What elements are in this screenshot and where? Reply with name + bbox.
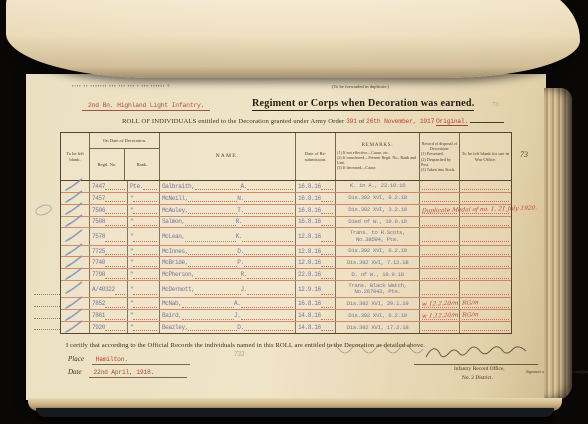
check-mark xyxy=(64,228,84,242)
table-row: 7508 " Salmon, R. 16.8.16 Died of W., 19… xyxy=(61,217,511,229)
original-label: Original. xyxy=(436,118,468,126)
table-rows: 7447 Pte. Galbraith, A. 16.8.16 K. in A.… xyxy=(61,181,511,333)
check-mark xyxy=(64,281,84,295)
table-row: 7578 " McLean, K. 12.8.16 Trans. to R.Sc… xyxy=(61,228,511,245)
date-cell: 16.8.16 xyxy=(295,217,335,228)
place-line: Place Hamilton. xyxy=(68,355,190,365)
name-cell: McNeill, N. xyxy=(159,193,295,204)
signature-rule xyxy=(414,364,538,365)
rank-cell: " xyxy=(127,205,159,216)
war-office-cell xyxy=(459,257,511,268)
place-typed-value: Hamilton. xyxy=(92,356,190,365)
disposal-cell xyxy=(419,246,459,257)
check-mark xyxy=(64,214,84,228)
rank-cell: " xyxy=(127,269,159,280)
regtl-no-cell: 7457 xyxy=(89,193,127,204)
col-header-name: NAME. xyxy=(159,133,295,180)
war-office-cell xyxy=(459,269,511,280)
photo-background: ▪▪▪▪ ▪▪ ▪▪▪▪▪▪▪ ▪▪▪ ▪▪▪ ▪▪▪ ▪ ▪▪▪ ▪▪▪▪▪▪… xyxy=(0,0,588,424)
unit-typed-entry: 2nd Bn. Highland Light Infantry. xyxy=(82,102,210,111)
check-mark xyxy=(64,267,84,281)
regtl-no-cell: 7852 xyxy=(89,298,127,309)
disposal-cell: Duplicate Medal of no. 1, 21 July 1920. xyxy=(419,205,459,216)
regtl-no-cell: 7578 xyxy=(89,228,127,244)
col-header-rank: Rank. xyxy=(124,149,159,180)
remarks-cell: Dis.392 XVI, 17.2.18 xyxy=(335,322,419,333)
name-cell: McLean, K. xyxy=(159,228,295,244)
duplicate-instruction: (To be forwarded in duplicate.) xyxy=(332,84,389,89)
table-row: 7506 " McAuley, T. 16.8.16 Dis.392 XVI, … xyxy=(61,205,511,217)
record-office-district: No. 2 District. xyxy=(462,375,493,381)
date-line: Date 22nd April, 1918. xyxy=(68,368,187,378)
col-header-blank-right: To be left blank for use in War Office. xyxy=(459,133,511,180)
date-cell: 16.8.16 xyxy=(295,193,335,204)
name-cell: McNab, A. xyxy=(159,298,295,309)
regtl-no-cell: 7798 xyxy=(89,269,127,280)
remarks-cell: Dis.392 XVI, 29.1.19 xyxy=(335,298,419,309)
war-office-cell xyxy=(459,322,511,333)
record-office-line: Infantry Record Office, xyxy=(454,366,505,372)
remarks-cell: D. of W., 19.9.18 xyxy=(335,269,419,280)
disposal-cell: w 12.2.20/m. RG/m xyxy=(419,298,459,309)
date-cell: 16.8.16 xyxy=(295,298,335,309)
rank-cell: " xyxy=(127,322,159,333)
col-group-on-date: On Date of Decoration. Regtl. No. Rank. xyxy=(89,133,159,180)
date-cell: 14.8.16 xyxy=(295,310,335,321)
ruled-line xyxy=(470,122,504,123)
name-cell: McDermott, J. xyxy=(159,281,295,297)
date-cell: 16.8.16 xyxy=(295,181,335,192)
table-row: 7725 " McInnes, D. 12.8.16 Dis.392 XVI, … xyxy=(61,246,511,258)
regtl-no-cell: 7508 xyxy=(89,217,127,228)
name-cell: Galbraith, A. xyxy=(159,181,295,192)
place-label: Place xyxy=(68,355,84,363)
of-word: of xyxy=(359,118,365,125)
date-cell: 12.9.16 xyxy=(295,281,335,297)
book-page-edges-right xyxy=(544,88,572,400)
curled-pages xyxy=(6,0,580,78)
roll-page: ▪▪▪▪ ▪▪ ▪▪▪▪▪▪▪ ▪▪▪ ▪▪▪ ▪▪▪ ▪ ▪▪▪ ▪▪▪▪▪▪… xyxy=(26,74,546,400)
roll-heading-text: ROLL OF INDIVIDUALS entitled to the Deco… xyxy=(122,118,344,125)
margin-dotted-line xyxy=(34,294,60,295)
disposal-cell xyxy=(419,322,459,333)
name-cell: Beazley, D. xyxy=(159,322,295,333)
table-row: 7852 " McNab, A. 16.8.16 Dis.392 XVI, 29… xyxy=(61,298,511,310)
check-cell xyxy=(61,217,89,228)
remarks-cell: Died of W., 19.9.16 xyxy=(335,217,419,228)
rank-cell: " xyxy=(127,217,159,228)
table-row: 7457 " McNeill, N. 16.8.16 Dis.392 XVI, … xyxy=(61,193,511,205)
check-mark xyxy=(64,319,84,333)
page-number: 73 xyxy=(520,150,528,159)
disposal-cell xyxy=(419,217,459,228)
disposal-cell xyxy=(419,181,459,192)
regtl-no-cell: 7725 xyxy=(89,246,127,257)
war-office-cell xyxy=(459,246,511,257)
remarks-cell: Dis.392 XVI, 9.2.18 xyxy=(335,193,419,204)
army-order-date: 26th November, 1917 xyxy=(366,118,434,125)
col-header-remarks: REMARKS. (1) If not effective—Cause, etc… xyxy=(335,133,419,180)
rank-cell: " xyxy=(127,310,159,321)
name-cell: Salmon, R. xyxy=(159,217,295,228)
table-row: 7447 Pte. Galbraith, A. 16.8.16 K. in A.… xyxy=(61,181,511,193)
regtl-no-cell: 7920 xyxy=(89,322,127,333)
table-row: A/40322 " McDermott, J. 12.9.16 Trans. B… xyxy=(61,281,511,298)
war-office-cell xyxy=(459,193,511,204)
remarks-cell: Dis.392 XVI, 6.2.18 xyxy=(335,246,419,257)
decoration-roll-table: To be left blank. On Date of Decoration.… xyxy=(60,132,512,334)
pencil-folio-number: 733 xyxy=(234,350,245,358)
date-cell: 12.8.16 xyxy=(295,246,335,257)
page-title: Regiment or Corps when Decoration was ea… xyxy=(252,98,474,111)
name-cell: McBride, P. xyxy=(159,257,295,268)
regtl-no-cell: 7447 xyxy=(89,181,127,192)
remarks-cell: Trans. to R.Scots, No.38594, Pte. xyxy=(335,228,419,244)
disposal-cell: w 1.12.20/m. RG/m xyxy=(419,310,459,321)
rank-cell: Pte. xyxy=(127,181,159,192)
rank-cell: " xyxy=(127,246,159,257)
regtl-no-cell: 7506 xyxy=(89,205,127,216)
pencil-title-note: 73. xyxy=(492,101,500,108)
col-group-title: On Date of Decoration. xyxy=(90,133,159,149)
remarks-cell: Dis.392 XVI, 3.2.18 xyxy=(335,205,419,216)
table-row: 7920 " Beazley, D. 14.8.16 Dis.392 XVI, … xyxy=(61,322,511,333)
date-cell: 12.8.16 xyxy=(295,257,335,268)
name-cell: McPherson, R. xyxy=(159,269,295,280)
war-office-cell xyxy=(459,228,511,244)
book-cover xyxy=(36,408,554,417)
rank-cell: " xyxy=(127,298,159,309)
remarks-cell: Trans. Black Watch, No.267043, Pte. xyxy=(335,281,419,297)
disposal-cell xyxy=(419,228,459,244)
date-cell: 16.8.16 xyxy=(295,205,335,216)
army-order-number: 391 xyxy=(346,118,357,125)
rank-cell: " xyxy=(127,257,159,268)
col-header-disposal: Record of disposal of Decoration: (1) Pr… xyxy=(419,133,459,180)
table-row: 7798 " McPherson, R. 22.8.16 D. of W., 1… xyxy=(61,269,511,281)
check-cell xyxy=(61,322,89,333)
margin-dotted-line xyxy=(34,329,60,330)
rank-cell: " xyxy=(127,228,159,244)
disposal-cell xyxy=(419,257,459,268)
certifying-signature xyxy=(422,344,538,364)
margin-dotted-line xyxy=(34,318,60,319)
date-label: Date xyxy=(68,368,82,376)
col-header-blank-left: To be left blank. xyxy=(61,133,89,180)
margin-dotted-line xyxy=(34,306,60,307)
col-header-date: Date of Re-submission. xyxy=(295,133,335,180)
date-cell: 14.8.16 xyxy=(295,322,335,333)
rank-cell: " xyxy=(127,193,159,204)
date-typed-value: 22nd April, 1918. xyxy=(89,369,187,378)
pencil-mark xyxy=(34,203,53,218)
remarks-cell: K. in A., 23.10.16 xyxy=(335,181,419,192)
disposal-cell xyxy=(419,281,459,297)
col-header-regtl-no: Regtl. No. xyxy=(90,149,124,180)
remarks-cell: Dis.392 XVI, 7.12.18 xyxy=(335,257,419,268)
war-office-cell xyxy=(459,217,511,228)
table-row: 7861 " Baird, J. 14.8.16 Dis.392 XVI, 6.… xyxy=(61,310,511,322)
rank-cell: " xyxy=(127,281,159,297)
war-office-cell xyxy=(459,281,511,297)
disposal-cell xyxy=(419,193,459,204)
disposal-cell xyxy=(419,269,459,280)
name-cell: McAuley, T. xyxy=(159,205,295,216)
microfilm-stamp: ▪▪▪▪ ▪▪ ▪▪▪▪▪▪▪ ▪▪▪ ▪▪▪ ▪▪▪ ▪ ▪▪▪ ▪▪▪▪▪▪… xyxy=(72,83,170,88)
name-cell: Baird, J. xyxy=(159,310,295,321)
roll-heading: ROLL OF INDIVIDUALS entitled to the Deco… xyxy=(122,118,504,125)
regtl-no-cell: 7740 xyxy=(89,257,127,268)
check-cell xyxy=(61,269,89,280)
name-cell: McInnes, D. xyxy=(159,246,295,257)
war-office-cell xyxy=(459,181,511,192)
date-cell: 12.8.16 xyxy=(295,228,335,244)
regtl-no-cell: A/40322 xyxy=(89,281,127,297)
regtl-no-cell: 7861 xyxy=(89,310,127,321)
table-header: To be left blank. On Date of Decoration.… xyxy=(61,133,511,181)
table-row: 7740 " McBride, P. 12.8.16 Dis.392 XVI, … xyxy=(61,257,511,269)
handwritten-scrawl xyxy=(324,340,436,356)
date-cell: 22.8.16 xyxy=(295,269,335,280)
remarks-cell: Dis.392 XVI, 6.2.19 xyxy=(335,310,419,321)
